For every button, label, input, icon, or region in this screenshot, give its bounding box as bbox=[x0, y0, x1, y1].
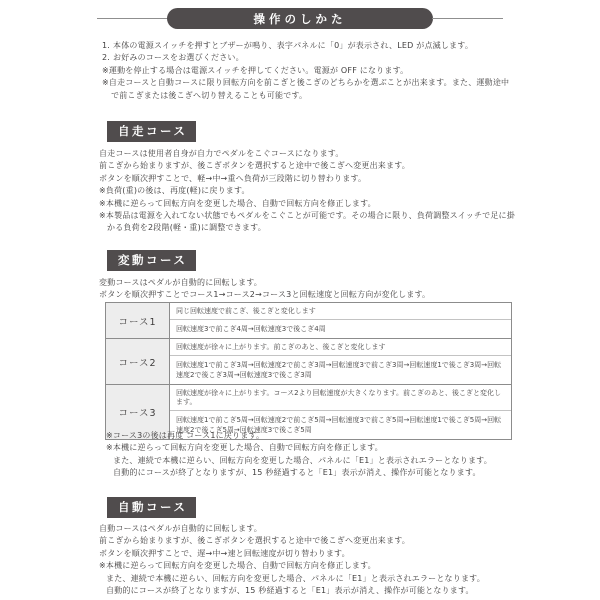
body-line: ボタンを順次押すことで、軽→中→重へ負荷が三段階に切り替わります。 bbox=[99, 173, 515, 185]
section-title-jidou-course: 自動コース bbox=[107, 497, 196, 518]
body-note-continuation: また、連続で本機に逆らい、回転方向を変更した場合、パネルに「E1」と表示されエラ… bbox=[99, 573, 515, 585]
table-row-course2: コース2 回転速度が徐々に上がります。前こぎのあと、後こぎと変化します 回転速度… bbox=[106, 339, 511, 385]
table-row-course1: コース1 同じ回転速度で前こぎ、後こぎと変化します 回転速度3で前こぎ4周→回転… bbox=[106, 303, 511, 339]
body-line: ボタンを順次押すことでコース1→コース2→コース3と回転速度と回転方向が変化しま… bbox=[99, 289, 515, 301]
body-note: ※本機に逆らって回転方向を変更した場合、自動で回転方向を修正します。 bbox=[99, 198, 515, 210]
course-label: コース2 bbox=[106, 339, 170, 384]
body-note-continuation: 自動的にコースが終了となりますが、15 秒経過すると「E1」表示が消え、操作が可… bbox=[106, 467, 516, 479]
course-cells: 同じ回転速度で前こぎ、後こぎと変化します 回転速度3で前こぎ4周→回転速度3で後… bbox=[170, 303, 511, 338]
manual-page: 操作のしかた 1. 本体の電源スイッチを押すとブザーが鳴り、表字パネルに「0」が… bbox=[0, 0, 600, 600]
body-note: ※本機に逆らって回転方向を変更した場合、自動で回転方向を修正します。 bbox=[99, 560, 515, 572]
body-line: 前こぎから始まりますが、後こぎボタンを選択すると途中で後こぎへ変更出来ます。 bbox=[99, 535, 515, 547]
section-body-jidou-course: 自動コースはペダルが自動的に回転します。 前こぎから始まりますが、後こぎボタンを… bbox=[99, 523, 515, 597]
course-description: 回転速度が徐々に上がります。前こぎのあと、後こぎと変化します bbox=[170, 339, 511, 356]
body-line: 変動コースはペダルが自動的に回転します。 bbox=[99, 277, 515, 289]
step-number: 1. bbox=[102, 40, 113, 52]
section-body-jisou-course: 自走コースは使用者自身が自力でペダルをこぐコースになります。 前こぎから始まりま… bbox=[99, 148, 515, 235]
page-header: 操作のしかた bbox=[97, 8, 503, 29]
body-note-continuation: 自動的にコースが終了となりますが、15 秒経過すると「E1」表示が消え、操作が可… bbox=[99, 585, 515, 597]
course-detail: 回転速度1で前こぎ3周→回転速度2で前こぎ3周→回転速度3で前こぎ3周→回転速度… bbox=[170, 356, 511, 384]
intro-step-1: 1. 本体の電源スイッチを押すとブザーが鳴り、表字パネルに「0」が表示され、LE… bbox=[102, 40, 515, 52]
intro-note: ※自走コースと自動コースに限り回転方向を前こぎと後こぎのどちらかを選ぶことが出来… bbox=[102, 77, 515, 102]
course-detail: 回転速度3で前こぎ4周→回転速度3で後こぎ4周 bbox=[170, 320, 511, 338]
page-title: 操作のしかた bbox=[167, 8, 433, 29]
section-title-hendou-course: 変動コース bbox=[107, 250, 196, 271]
step-text: お好みのコースをお選びください。 bbox=[113, 52, 244, 64]
course-table: コース1 同じ回転速度で前こぎ、後こぎと変化します 回転速度3で前こぎ4周→回転… bbox=[105, 302, 512, 440]
body-line: 自走コースは使用者自身が自力でペダルをこぐコースになります。 bbox=[99, 148, 515, 160]
section-body-hendou-course: 変動コースはペダルが自動的に回転します。 ボタンを順次押すことでコース1→コース… bbox=[99, 277, 515, 302]
step-text: 本体の電源スイッチを押すとブザーが鳴り、表字パネルに「0」が表示され、LED が… bbox=[113, 40, 473, 52]
intro-step-2: 2. お好みのコースをお選びください。 bbox=[102, 52, 515, 64]
body-note-continuation: また、連続で本機に逆らい、回転方向を変更した場合、パネルに「E1」と表示されエラ… bbox=[106, 455, 516, 467]
body-line: 前こぎから始まりますが、後こぎボタンを選択すると途中で後こぎへ変更出来ます。 bbox=[99, 160, 515, 172]
step-number: 2. bbox=[102, 52, 113, 64]
intro-note: ※運動を停止する場合は電源スイッチを押してください。電源が OFF になります。 bbox=[102, 65, 515, 77]
hendou-notes-block: ※コース3の後は再度 コース1に戻ります。 ※本機に逆らって回転方向を変更した場… bbox=[106, 430, 516, 480]
body-note: ※本機に逆らって回転方向を変更した場合、自動で回転方向を修正します。 bbox=[106, 442, 516, 454]
body-line: ボタンを順次押すことで、遅→中→速と回転速度が切り替わります。 bbox=[99, 548, 515, 560]
course-description: 回転速度が徐々に上がります。コース2より回転速度が大きくなります。前こぎのあと、… bbox=[170, 385, 511, 411]
body-note: ※本製品は電源を入れてない状態でもペダルをこぐことが可能です。その場合に限り、負… bbox=[99, 210, 515, 235]
header-rule-left bbox=[97, 18, 168, 19]
body-note: ※負荷(重)の後は、再度(軽)に戻ります。 bbox=[99, 185, 515, 197]
header-rule-right bbox=[432, 18, 503, 19]
intro-block: 1. 本体の電源スイッチを押すとブザーが鳴り、表字パネルに「0」が表示され、LE… bbox=[102, 40, 515, 102]
body-note: ※コース3の後は再度 コース1に戻ります。 bbox=[106, 430, 516, 442]
course-label: コース1 bbox=[106, 303, 170, 338]
course-description: 同じ回転速度で前こぎ、後こぎと変化します bbox=[170, 303, 511, 320]
course-cells: 回転速度が徐々に上がります。前こぎのあと、後こぎと変化します 回転速度1で前こぎ… bbox=[170, 339, 511, 384]
section-title-jisou-course: 自走コース bbox=[107, 121, 196, 142]
body-line: 自動コースはペダルが自動的に回転します。 bbox=[99, 523, 515, 535]
